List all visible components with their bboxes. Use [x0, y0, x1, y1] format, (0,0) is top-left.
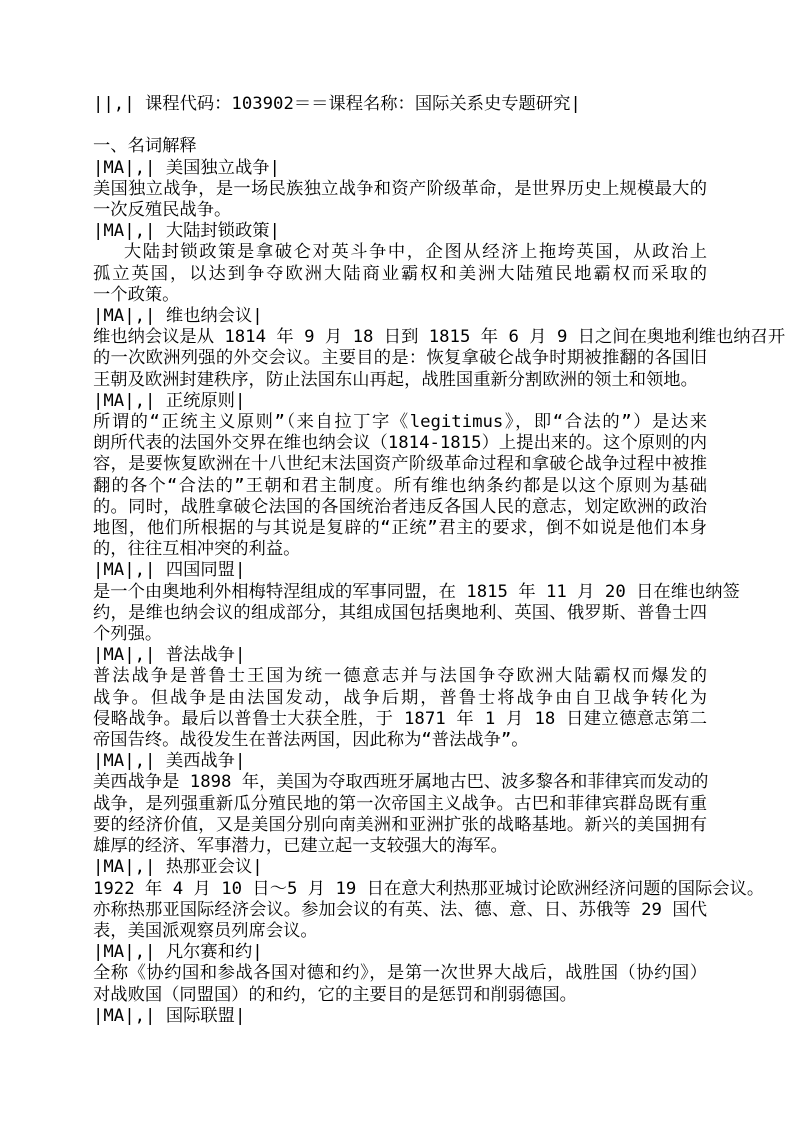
course-header-line: ||,| 课程代码：103902＝＝课程名称：国际关系史专题研究| — [93, 94, 714, 115]
term-body-line: 孤立英国，以达到争夺欧洲大陆商业霸权和美洲大陆殖民地霸权而采取的 — [93, 264, 707, 285]
term-label: |MA|,| 美西战争| — [93, 751, 714, 772]
term-label: |MA|,| 美国独立战争| — [93, 158, 714, 179]
document-page: ||,| 课程代码：103902＝＝课程名称：国际关系史专题研究| 一、名词解释… — [0, 0, 794, 1123]
term-body-line: 是一个由奥地利外相梅特涅组成的军事同盟，在 1815 年 11 月 20 日在维… — [93, 582, 707, 603]
term-body-line: 对战败国（同盟国）的和约，它的主要目的是惩罚和削弱德国。 — [93, 985, 714, 1006]
term-body-line: 1922 年 4 月 10 日～5 月 19 日在意大利热那亚城讨论欧洲经济问题… — [93, 879, 707, 900]
term-label: |MA|,| 热那亚会议| — [93, 857, 714, 878]
term-body-line: 战争，是列强重新瓜分殖民地的第一次帝国主义战争。古巴和菲律宾群岛既有重 — [93, 794, 707, 815]
term-body-line: 的。同时，战胜拿破仑法国的各国统治者违反各国人民的意志，划定欧洲的政治 — [93, 497, 707, 518]
term-body-line: 战争。但战争是由法国发动，战争后期，普鲁士将战争由自卫战争转化为 — [93, 688, 707, 709]
term-body-line: 容，是要恢复欧洲在十八世纪末法国资产阶级革命过程和拿破仑战争过程中被推 — [93, 454, 707, 475]
term-label: |MA|,| 凡尔赛和约| — [93, 942, 714, 963]
term-body-line: 一次反殖民战争。 — [93, 200, 714, 221]
term-body-line: 维也纳会议是从 1814 年 9 月 18 日到 1815 年 6 月 9 日之… — [93, 327, 707, 348]
term-label: |MA|,| 普法战争| — [93, 645, 714, 666]
term-body-line: 雄厚的经济、军事潜力，已建立起一支较强大的海军。 — [93, 836, 714, 857]
term-body-line: 美西战争是 1898 年，美国为夺取西班牙属地古巴、波多黎各和菲律宾而发动的 — [93, 772, 707, 793]
term-label: |MA|,| 四国同盟| — [93, 560, 714, 581]
terms-container: |MA|,| 美国独立战争|美国独立战争，是一场民族独立战争和资产阶级革命，是世… — [93, 158, 714, 1027]
term-body-line: 表，美国派观察员列席会议。 — [93, 921, 714, 942]
term-body-line: 朗所代表的法国外交界在维也纳会议（1814-1815）上提出来的。这个原则的内 — [93, 433, 707, 454]
term-body-line: 所谓的“正统主义原则”（来自拉丁字《legitimus》，即“合法的”）是达来 — [93, 412, 707, 433]
term-label: |MA|,| 大陆封锁政策| — [93, 221, 714, 242]
term-body-line: 翻的各个“合法的”王朝和君主制度。所有维也纳条约都是以这个原则为基础 — [93, 476, 707, 497]
term-body-line: 亦称热那亚国际经济会议。参加会议的有英、法、德、意、日、苏俄等 29 国代 — [93, 900, 707, 921]
term-body-line: 约，是维也纳会议的组成部分，其组成国包括奥地利、英国、俄罗斯、普鲁士四 — [93, 603, 707, 624]
term-body-line: 帝国告终。战役发生在普法两国，因此称为“普法战争”。 — [93, 730, 714, 751]
term-body-line: 的，往往互相冲突的利益。 — [93, 539, 714, 560]
term-label: |MA|,| 国际联盟| — [93, 1006, 714, 1027]
term-body-line: 地图，他们所根据的与其说是复辟的“正统”君主的要求，倒不如说是他们本身 — [93, 518, 707, 539]
term-body-line: 全称《协约国和参战各国对德和约》，是第一次世界大战后，战胜国（协约国） — [93, 963, 707, 984]
term-body-line: 王朝及欧洲封建秩序，防止法国东山再起，战胜国重新分割欧洲的领土和领地。 — [93, 370, 714, 391]
term-body-line: 一个政策。 — [93, 285, 714, 306]
term-body-line: 个列强。 — [93, 624, 714, 645]
term-body-line: 大陆封锁政策是拿破仑对英斗争中，企图从经济上拖垮英国，从政治上 — [93, 242, 707, 263]
term-body-line: 要的经济价值，又是美国分别向南美洲和亚洲扩张的战略基地。新兴的美国拥有 — [93, 815, 707, 836]
term-body-line: 普法战争是普鲁士王国为统一德意志并与法国争夺欧洲大陆霸权而爆发的 — [93, 666, 707, 687]
term-label: |MA|,| 正统原则| — [93, 391, 714, 412]
term-body-line: 美国独立战争，是一场民族独立战争和资产阶级革命，是世界历史上规模最大的 — [93, 179, 707, 200]
blank-line — [93, 115, 714, 136]
section-title: 一、名词解释 — [93, 136, 714, 157]
term-body-line: 的一次欧洲列强的外交会议。主要目的是：恢复拿破仑战争时期被推翻的各国旧 — [93, 348, 707, 369]
term-label: |MA|,| 维也纳会议| — [93, 306, 714, 327]
term-body-line: 侵略战争。最后以普鲁士大获全胜，于 1871 年 1 月 18 日建立德意志第二 — [93, 709, 707, 730]
